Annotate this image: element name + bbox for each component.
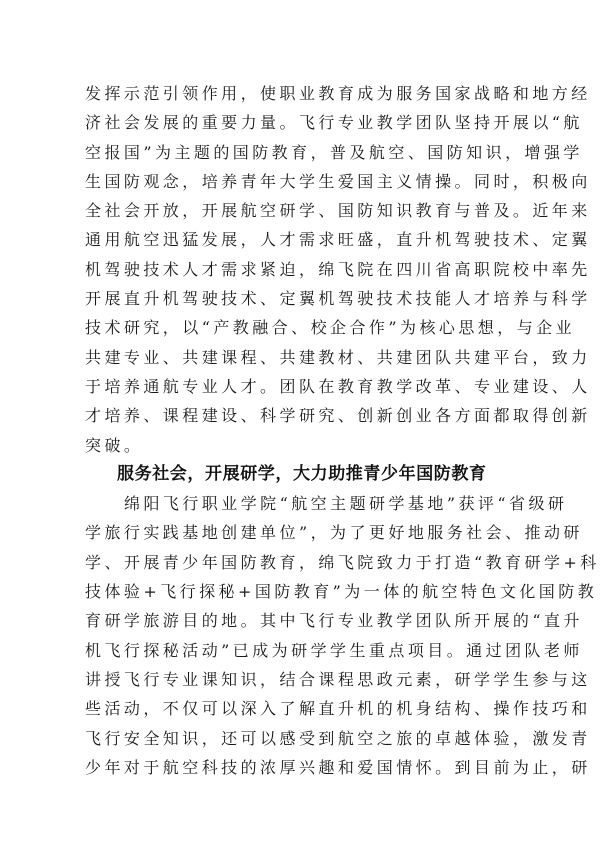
text-line: 济社会发展的重要力量。飞行专业教学团队坚持开展以“航 (85, 108, 525, 137)
text-line: 共建专业、共建课程、共建教材、共建团队共建平台，致力 (85, 343, 525, 372)
text-line: 全社会开放，开展航空研学、国防知识教育与普及。近年来 (85, 196, 525, 225)
text-line: 于培养通航专业人才。团队在教育教学改革、专业建设、人 (85, 372, 525, 401)
text-line: 通用航空迅猛发展，人才需求旺盛，直升机驾驶技术、定翼 (85, 225, 525, 254)
paragraph-2: 绵阳飞行职业学院“航空主题研学基地”获评“省级研 学旅行实践基地创建单位”，为了… (85, 489, 525, 782)
text-line: 育研学旅游目的地。其中飞行专业教学团队所开展的“直升 (85, 606, 525, 635)
text-line: 学、开展青少年国防教育，绵飞院致力于打造“教育研学+科 (85, 548, 525, 577)
text-line: 发挥示范引领作用，使职业教育成为服务国家战略和地方经 (85, 79, 525, 108)
text-line: 机驾驶技术人才需求紧迫，绵飞院在四川省高职院校中率先 (85, 255, 525, 284)
text-line: 技体验+飞行探秘+国防教育”为一体的航空特色文化国防教 (85, 577, 525, 606)
text-line: 学旅行实践基地创建单位”，为了更好地服务社会、推动研 (85, 518, 525, 547)
text-line: 才培养、课程建设、科学研究、创新创业各方面都取得创新 (85, 401, 525, 430)
text-line: 技术研究，以“产教融合、校企合作”为核心思想，与企业 (85, 313, 525, 342)
text-line: 生国防观念，培养青年大学生爱国主义情操。同时，积极向 (85, 167, 525, 196)
text-line: 讲授飞行专业课知识，结合课程思政元素，研学学生参与这 (85, 665, 525, 694)
document-page: 发挥示范引领作用，使职业教育成为服务国家战略和地方经 济社会发展的重要力量。飞行… (85, 79, 525, 782)
text-line: 开展直升机驾驶技术、定翼机驾驶技术技能人才培养与科学 (85, 284, 525, 313)
text-line: 绵阳飞行职业学院“航空主题研学基地”获评“省级研 (85, 489, 525, 518)
paragraph-1: 发挥示范引领作用，使职业教育成为服务国家战略和地方经 济社会发展的重要力量。飞行… (85, 79, 525, 460)
text-line: 空报国”为主题的国防教育，普及航空、国防知识，增强学 (85, 138, 525, 167)
section-heading: 服务社会，开展研学，大力助推青少年国防教育 (85, 460, 525, 489)
text-line: 飞行安全知识，还可以感受到航空之旅的卓越体验，激发青 (85, 724, 525, 753)
text-line: 少年对于航空科技的浓厚兴趣和爱国情怀。到目前为止，研 (85, 753, 525, 782)
text-line: 机飞行探秘活动”已成为研学学生重点项目。通过团队老师 (85, 636, 525, 665)
text-line: 突破。 (85, 431, 525, 460)
text-line: 些活动，不仅可以深入了解直升机的机身结构、操作技巧和 (85, 694, 525, 723)
